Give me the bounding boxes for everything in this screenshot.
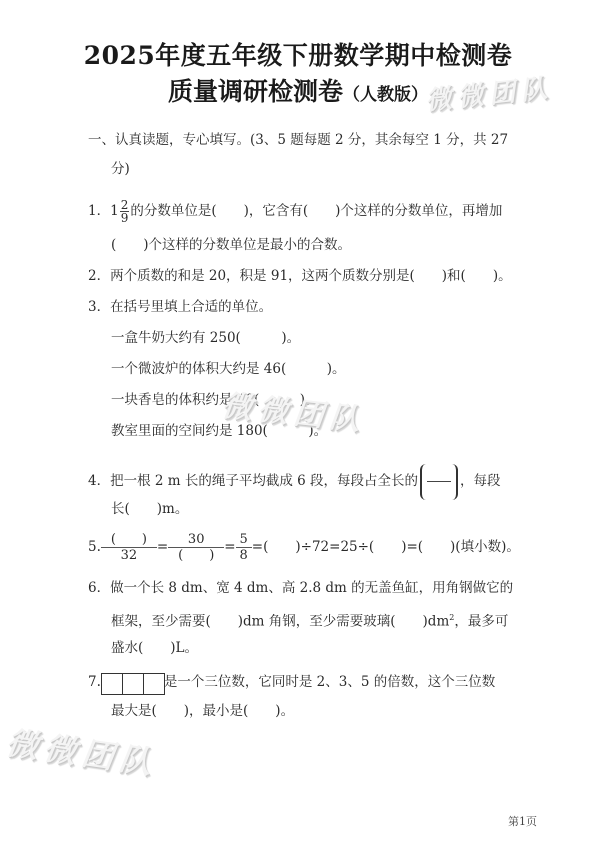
question-4-line-2: 长( )m。 [111,500,188,518]
question-1-text: 的分数单位是( )，它含有( )个这样的分数单位，再增加 [130,203,502,219]
question-3-item-2: 一个微波炉的体积大约是 46( )。 [111,360,346,378]
digit-box [122,673,144,695]
question-1-line-2: ( )个这样的分数单位是最小的合数。 [111,236,351,254]
question-3-item-4: 教室里面的空间约是 180( )。 [111,422,327,440]
question-7-text: 是一个三位数，它同时是 2、3、5 的倍数，这个三位数 [164,674,495,690]
fraction-3-numerator: 5 [236,532,252,548]
question-6-text-b: ，最多可 [454,614,508,630]
mixed-fraction: 29 [120,199,130,224]
fraction-blank [420,464,458,500]
title-main: 质量调研检测卷 [168,77,343,106]
section-heading-line-2: 分) [111,160,130,178]
question-7-line-2: 最大是( )，最小是( )。 [111,702,294,720]
fraction-3: 58 [236,532,252,563]
title-edition: （人教版） [343,85,428,105]
question-6-text-a: 框架，至少需要( )dm 角钢，至少需要玻璃( )dm [111,614,449,630]
fraction-denominator: 9 [120,212,130,224]
fraction-2-denominator: ( ) [168,548,224,563]
fraction-2-numerator: 30 [168,532,224,548]
title-line-1: 2025年度五年级下册数学期中检测卷 [0,36,596,72]
question-3: 3．在括号里填上合适的单位。 [88,298,272,316]
equals: = [157,539,168,555]
digit-box [143,673,165,695]
question-6-line-2: 框架，至少需要( )dm 角钢，至少需要玻璃( )dm2，最多可 [111,609,508,631]
title-line-2: 质量调研检测卷（人教版） [0,72,596,108]
watermark: 微微团队 [4,718,161,785]
question-1-number: 1．1 [88,203,119,219]
digit-box [101,673,123,695]
fraction-1-denominator: 32 [101,548,157,563]
fraction-2: 30( ) [168,532,224,563]
equals: = [224,539,235,555]
question-5-tail: =( )÷72=25÷( )=( )(填小数)。 [252,539,520,555]
question-2: 2．两个质数的和是 20，积是 91，这两个质数分别是( )和( )。 [88,267,512,285]
question-6-line-1: 6．做一个长 8 dm、宽 4 dm、高 2.8 dm 的无盖鱼缸，用角钢做它的 [88,579,513,597]
digit-boxes [101,673,164,693]
question-5-number: 5. [88,539,101,555]
question-6-line-3: 盛水( )L。 [111,639,198,657]
fraction-1: ( )32 [101,532,157,563]
fraction-1-numerator: ( ) [101,532,157,548]
question-4-tail: ，每段 [460,473,501,489]
question-7-number: 7. [88,674,101,690]
page-number: 第1页 [508,813,537,829]
fraction-3-denominator: 8 [236,548,252,563]
question-7-line-1: 7.是一个三位数，它同时是 2、3、5 的倍数，这个三位数 [88,671,495,693]
question-4-line-1: 4．把一根 2 m 长的绳子平均截成 6 段，每段占全长的，每段 [88,462,501,500]
question-3-item-3: 一块香皂的体积约是 40( )。 [111,391,319,409]
question-3-item-1: 一盒牛奶大约有 250( )。 [111,329,300,347]
question-1-line-1: 1．129的分数单位是( )，它含有( )个这样的分数单位，再增加 [88,199,502,224]
section-heading-line-1: 一、认真读题，专心填写。(3、5 题每题 2 分，其余每空 1 分，共 27 [88,131,508,149]
question-5: 5.( )32=30( )=58=( )÷72=25÷( )=( )(填小数)。 [88,531,520,563]
question-4-text: 4．把一根 2 m 长的绳子平均截成 6 段，每段占全长的 [88,473,418,489]
